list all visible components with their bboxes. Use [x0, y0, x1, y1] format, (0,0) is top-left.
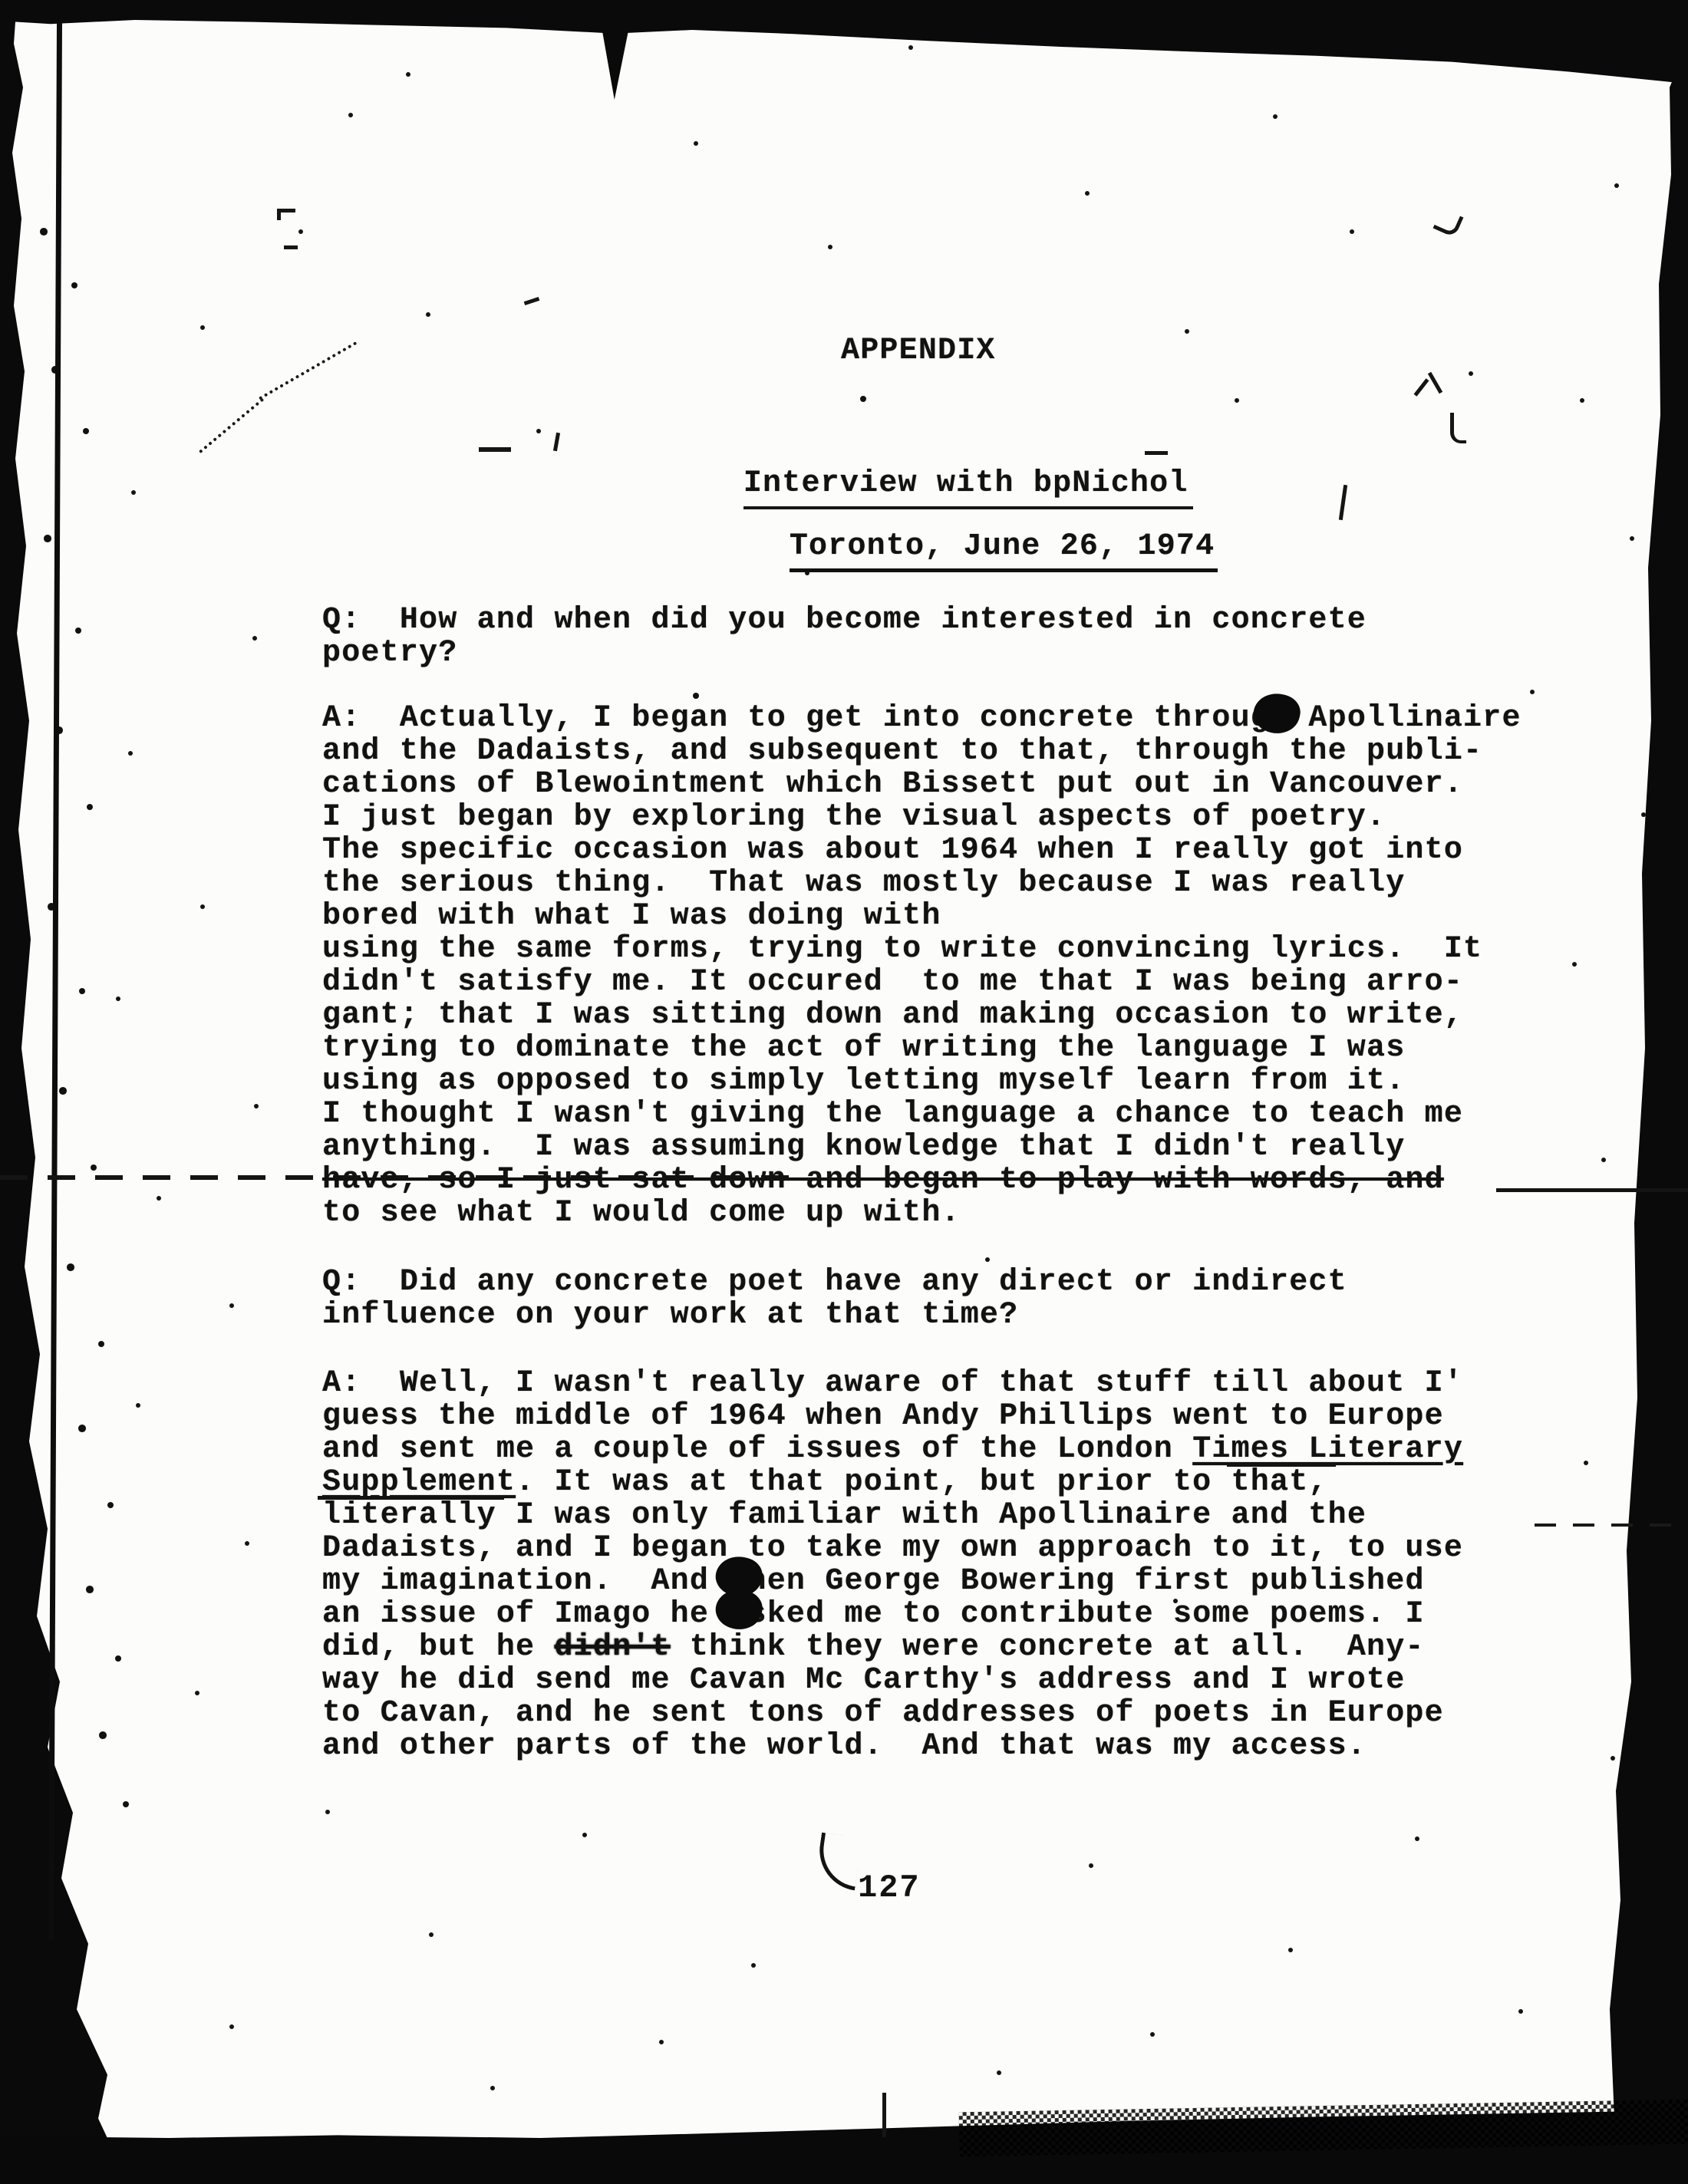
- text-segment: Q: Did any concrete poet have any direct…: [322, 1265, 1347, 1300]
- text-segment: way he did send me Cavan Mc Carthy's add…: [322, 1663, 1405, 1698]
- text-segment: and sent me a couple of issues of the Lo…: [322, 1432, 1192, 1467]
- gutter-line: [48, 23, 62, 1941]
- text-line: using the same forms, trying to write co…: [322, 933, 1522, 966]
- text-line: literally I was only familiar with Apoll…: [322, 1499, 1463, 1532]
- text-line: I just began by exploring the visual asp…: [322, 801, 1522, 834]
- dotted-crease-curve: [199, 398, 264, 453]
- text-segment: A: Actually, I began to get into concret…: [322, 701, 1154, 736]
- appendix-heading: APPENDIX: [841, 334, 996, 367]
- pen-mark: [1339, 485, 1347, 520]
- text-segment: did, but he: [322, 1630, 554, 1665]
- text-segment: to see what I would come up with.: [322, 1196, 961, 1230]
- scan-edge-top: [0, 0, 1688, 100]
- pen-check-mark: [1428, 372, 1442, 394]
- text-segment: using the same forms, trying to write co…: [322, 932, 1482, 967]
- text-line: to see what I would come up with.: [322, 1197, 1522, 1230]
- text-line: didn't satisfy me. It occured to me that…: [322, 966, 1522, 999]
- text-line: trying to dominate the act of writing th…: [322, 1032, 1522, 1065]
- text-segment: poetry?: [322, 636, 457, 670]
- text-line: using as opposed to simply letting mysel…: [322, 1065, 1522, 1098]
- text-segment: cations of Blewointment which Bissett pu…: [322, 767, 1463, 802]
- text-segment: through: [1154, 701, 1289, 736]
- text-segment: didn't satisfy me. It occured to me that…: [322, 965, 1463, 1000]
- text-line: the serious thing. That was mostly becau…: [322, 867, 1522, 900]
- text-segment: literally: [322, 1498, 496, 1533]
- right-crease-line: [1535, 1524, 1680, 1527]
- text-segment: I was only familiar with Apollinaire and…: [496, 1498, 1367, 1533]
- text-line: influence on your work at that time?: [322, 1299, 1347, 1332]
- text-segment: that,: [1231, 1465, 1328, 1500]
- text-segment: think they were concrete at all. Any-: [671, 1630, 1425, 1665]
- text-segment: Supplement: [322, 1465, 516, 1500]
- interview-answer-2: A: Well, I wasn't really aware of that s…: [322, 1367, 1463, 1763]
- text-line: did, but he didn't think they were concr…: [322, 1631, 1463, 1664]
- text-segment: have, so I just sat down and began to pl…: [322, 1163, 1444, 1197]
- pen-mark: [553, 433, 560, 452]
- text-segment: I thought I wasn't giving the language a…: [322, 1097, 1463, 1132]
- text-line: Supplement. It was at that point, but pr…: [322, 1466, 1463, 1499]
- text-line: my imagination. And when George Bowering…: [322, 1565, 1463, 1598]
- horizontal-crease-tail: [1496, 1188, 1688, 1192]
- text-line: cations of Blewointment which Bissett pu…: [322, 768, 1522, 801]
- pen-squiggle: [1432, 208, 1463, 238]
- pen-mark: [882, 2093, 886, 2137]
- text-line: poetry?: [322, 637, 1367, 670]
- interview-question-1: Q: How and when did you become intereste…: [322, 604, 1367, 670]
- text-segment: to Cavan, and he sent tons of addresses …: [322, 1696, 1444, 1731]
- text-segment: bored with what I was doing with: [322, 899, 941, 934]
- text-line: have, so I just sat down and began to pl…: [322, 1164, 1522, 1197]
- text-segment: influence on your work at that time?: [322, 1298, 1018, 1332]
- text-segment: Q: How and when did you become intereste…: [322, 603, 1367, 637]
- pen-hook-mark: [1450, 413, 1466, 443]
- text-segment: . It was at that point, but prior to: [516, 1465, 1231, 1500]
- text-line: Q: How and when did you become intereste…: [322, 604, 1367, 637]
- text-segment: and the Dadaists, and subsequent to that…: [322, 734, 1482, 769]
- text-segment: George Bowering first published: [806, 1564, 1425, 1599]
- pen-mark: [277, 209, 281, 220]
- text-segment: Times Literary: [1192, 1432, 1463, 1467]
- page-number: 127: [858, 1870, 921, 1906]
- text-segment: trying to dominate the act of writing th…: [322, 1031, 1405, 1066]
- text-line: way he did send me Cavan Mc Carthy's add…: [322, 1664, 1463, 1697]
- text-segment: me to contribute some poems. I: [825, 1597, 1424, 1632]
- pen-mark: [479, 447, 511, 452]
- text-line: guess the middle of 1964 when Andy Phill…: [322, 1400, 1463, 1433]
- interview-question-2: Q: Did any concrete poet have any direct…: [322, 1266, 1347, 1332]
- scan-edge-left: [0, 0, 153, 2184]
- text-line: gant; that I was sitting down and making…: [322, 999, 1522, 1032]
- text-segment: gant; that I was sitting down and making…: [322, 998, 1463, 1033]
- text-segment: A: Well, I wasn't really aware of that s…: [322, 1366, 1463, 1401]
- text-segment: using as opposed to simply letting mysel…: [322, 1064, 1405, 1099]
- scanned-document-page: APPENDIX Interview with bpNichol Toronto…: [0, 0, 1688, 2184]
- text-segment: an issue of Imago he: [322, 1597, 728, 1632]
- text-segment: asked: [728, 1597, 825, 1632]
- text-line: bored with what I was doing with: [322, 900, 1522, 933]
- text-line: anything. I was assuming knowledge that …: [322, 1131, 1522, 1164]
- dotted-crease-curve: [259, 341, 357, 400]
- text-segment: my imagination. And: [322, 1564, 728, 1599]
- text-segment: the serious thing. That was mostly becau…: [322, 866, 1405, 901]
- text-line: Dadaists, and I began to take my own app…: [322, 1532, 1463, 1565]
- scan-edge-right: [1604, 0, 1688, 2184]
- text-line: and sent me a couple of issues of the Lo…: [322, 1433, 1463, 1466]
- text-segment: didn't: [554, 1630, 670, 1665]
- pen-swoosh-mark: [814, 1833, 862, 1891]
- text-line: A: Well, I wasn't really aware of that s…: [322, 1367, 1463, 1400]
- text-segment: Dadaists, and I began to take my own app…: [322, 1531, 1463, 1566]
- text-segment: and other parts of the world. And that w…: [322, 1729, 1367, 1764]
- interview-location-date: Toronto, June 26, 1974: [712, 497, 1218, 596]
- text-line: The specific occasion was about 1964 whe…: [322, 834, 1522, 867]
- interview-answer-1: A: Actually, I began to get into concret…: [322, 702, 1522, 1230]
- pen-mark: [524, 297, 540, 305]
- text-segment: The specific occasion was about 1964 whe…: [322, 833, 1463, 868]
- text-line: to Cavan, and he sent tons of addresses …: [322, 1697, 1463, 1730]
- interview-location-date-text: Toronto, June 26, 1974: [790, 529, 1218, 572]
- pen-check-mark: [1414, 378, 1429, 397]
- text-line: Q: Did any concrete poet have any direct…: [322, 1266, 1347, 1299]
- text-line: and other parts of the world. And that w…: [322, 1730, 1463, 1763]
- text-segment: I just began by exploring the visual asp…: [322, 800, 1386, 835]
- pen-mark: [284, 245, 298, 249]
- text-line: an issue of Imago he asked me to contrib…: [322, 1598, 1463, 1631]
- text-segment: guess the middle of 1964 when Andy Phill…: [322, 1399, 1444, 1434]
- text-line: A: Actually, I began to get into concret…: [322, 702, 1522, 735]
- text-segment: anything. I was assuming knowledge that …: [322, 1130, 1405, 1164]
- text-segment: Apollinaire: [1289, 701, 1521, 736]
- text-line: I thought I wasn't giving the language a…: [322, 1098, 1522, 1131]
- text-line: and the Dadaists, and subsequent to that…: [322, 735, 1522, 768]
